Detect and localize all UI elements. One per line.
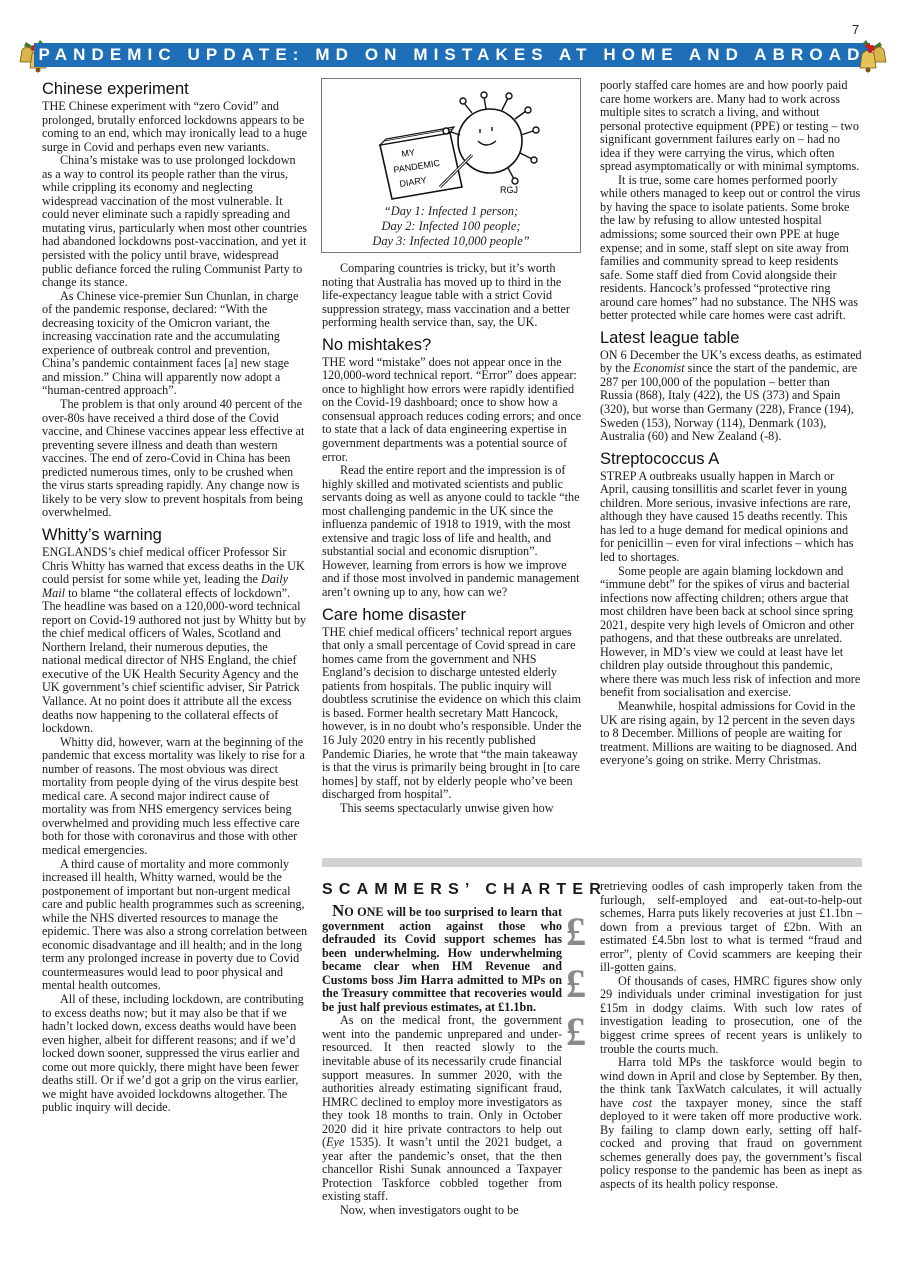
svg-text:MY: MY: [401, 147, 416, 159]
paragraph: STREP A outbreaks usually happen in Marc…: [600, 470, 862, 565]
emphasis: cost: [632, 1096, 652, 1110]
text: As on the medical front, the government …: [322, 1013, 562, 1149]
column-left: Chinese experiment THE Chinese experimen…: [42, 79, 308, 1115]
caption-line: Day 3: Infected 10,000 people”: [322, 234, 580, 249]
paragraph: All of these, including lockdown, are co…: [42, 993, 308, 1115]
paragraph: THE chief medical officers’ technical re…: [322, 626, 584, 802]
svg-text:RGJ: RGJ: [500, 185, 518, 195]
paragraph: ENGLANDS’s chief medical officer Profess…: [42, 546, 308, 736]
heading-no-mishtakes: No mishtakes?: [322, 335, 584, 355]
cartoon: MY PANDEMIC DIARY RGJ “Day 1: Infected 1…: [321, 78, 581, 253]
scammers-column-right: retrieving oodles of cash improperly tak…: [600, 880, 862, 1192]
paragraph: Meanwhile, hospital admissions for Covid…: [600, 700, 862, 768]
paragraph: Comparing countries is tricky, but it’s …: [322, 262, 584, 330]
paragraph: THE Chinese experiment with “zero Covid”…: [42, 100, 308, 154]
drop-cap: N: [332, 901, 344, 920]
heading-latest-league-table: Latest league table: [600, 328, 862, 348]
heading-whittys-warning: Whitty’s warning: [42, 525, 308, 545]
caption-line: Day 2: Infected 100 people;: [322, 219, 580, 234]
paragraph: A third cause of mortality and more comm…: [42, 858, 308, 993]
column-right: poorly staffed care homes are and how po…: [600, 79, 862, 768]
text: O ONE will be too surprised to learn tha…: [322, 905, 562, 1014]
text: 1535). It wasn’t until the 2021 budget, …: [322, 1135, 562, 1203]
paragraph: THE word “mistake” does not appear once …: [322, 356, 584, 464]
page-number: 7: [852, 22, 859, 37]
pound-sign-icon: £: [566, 964, 586, 1004]
paragraph: Read the entire report and the impressio…: [322, 464, 584, 599]
paragraph: ON 6 December the UK’s excess deaths, as…: [600, 349, 862, 444]
cartoon-caption: “Day 1: Infected 1 person; Day 2: Infect…: [322, 204, 580, 249]
paragraph: This seems spectacularly unwise given ho…: [322, 802, 584, 816]
text: the taxpayer money, since the staff depl…: [600, 1096, 862, 1191]
section-banner: PANDEMIC UPDATE: MD ON MISTAKES AT HOME …: [34, 43, 870, 67]
paragraph: It is true, some care homes performed po…: [600, 174, 862, 323]
paragraph: As Chinese vice-premier Sun Chunlan, in …: [42, 290, 308, 398]
publication-name: Eye: [326, 1135, 344, 1149]
paragraph: Now, when investigators ought to be: [322, 1204, 586, 1218]
heading-care-home-disaster: Care home disaster: [322, 605, 584, 625]
paragraph: Of thousands of cases, HMRC figures show…: [600, 975, 862, 1056]
scammers-column-left: SCAMMERS’ CHARTER NO ONE will be too sur…: [322, 880, 586, 1218]
paragraph: poorly staffed care homes are and how po…: [600, 79, 862, 174]
caption-line: “Day 1: Infected 1 person;: [322, 204, 580, 219]
column-middle: Comparing countries is tricky, but it’s …: [322, 262, 584, 815]
publication-name: Economist: [633, 361, 684, 375]
christmas-bells-icon: [846, 36, 890, 76]
paragraph: Whitty did, however, warn at the beginni…: [42, 736, 308, 858]
lead-paragraph: NO ONE will be too surprised to learn th…: [322, 904, 586, 1014]
paragraph: China’s mistake was to use prolonged loc…: [42, 154, 308, 289]
paragraph: Harra told MPs the taskforce would begin…: [600, 1056, 862, 1191]
text: to blame “the collateral effects of lock…: [42, 586, 306, 735]
paragraph: retrieving oodles of cash improperly tak…: [600, 880, 862, 975]
scammers-heading: SCAMMERS’ CHARTER: [322, 880, 586, 900]
pound-sign-icon: £: [566, 1012, 586, 1052]
paragraph: Some people are again blaming lockdown a…: [600, 565, 862, 700]
paragraph: The problem is that only around 40 perce…: [42, 398, 308, 520]
banner-title: PANDEMIC UPDATE: MD ON MISTAKES AT HOME …: [34, 43, 870, 67]
heading-streptococcus-a: Streptococcus A: [600, 449, 862, 469]
pound-sign-icon: £: [566, 912, 586, 952]
virus-diary-illustration: MY PANDEMIC DIARY RGJ: [340, 83, 560, 205]
heading-chinese-experiment: Chinese experiment: [42, 79, 308, 99]
section-divider: [322, 858, 862, 867]
paragraph: As on the medical front, the government …: [322, 1014, 586, 1204]
